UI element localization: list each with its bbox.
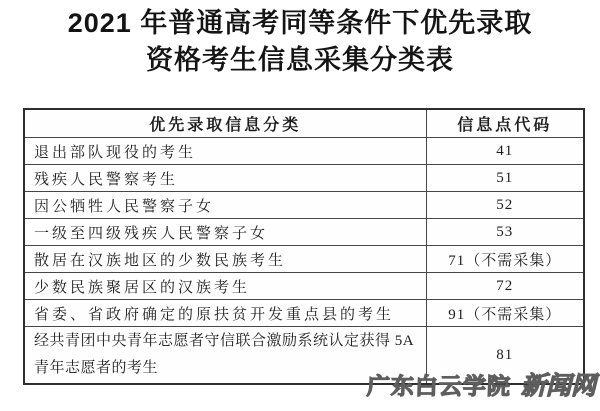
column-header-category: 优先录取信息分类 xyxy=(24,109,426,138)
code-cell: 71（不需采集） xyxy=(426,246,584,273)
code-cell: 41 xyxy=(426,138,584,165)
page-title: 2021 年普通高考同等条件下优先录取 资格考生信息采集分类表 xyxy=(0,5,600,79)
code-cell: 51 xyxy=(426,165,584,192)
category-cell: 省委、省政府确定的原扶贫开发重点县的考生 xyxy=(24,300,426,327)
category-cell: 因公牺牲人民警察子女 xyxy=(24,192,426,219)
table-row: 一级至四级残疾人民警察子女 53 xyxy=(24,219,584,246)
category-cell: 经共青团中央青年志愿者守信联合激励系统认定获得 5A 青年志愿者的考生 xyxy=(24,327,426,385)
code-cell: 72 xyxy=(426,273,584,300)
table-row: 退出部队现役的考生 41 xyxy=(24,138,584,165)
watermark: 广东白云学院 新闻网 xyxy=(367,366,596,402)
category-cell: 残疾人民警察考生 xyxy=(24,165,426,192)
code-cell: 53 xyxy=(426,219,584,246)
priority-admission-table: 优先录取信息分类 信息点代码 退出部队现役的考生 41 残疾人民警察考生 51 … xyxy=(23,108,585,385)
table-row: 因公牺牲人民警察子女 52 xyxy=(24,192,584,219)
category-cell: 少数民族聚居区的汉族考生 xyxy=(24,273,426,300)
column-header-code: 信息点代码 xyxy=(426,109,584,138)
watermark-section-name: 新闻网 xyxy=(521,366,596,402)
table-header-row: 优先录取信息分类 信息点代码 xyxy=(24,109,584,138)
code-cell: 91（不需采集） xyxy=(426,300,584,327)
category-cell: 散居在汉族地区的少数民族考生 xyxy=(24,246,426,273)
title-line-1: 2021 年普通高考同等条件下优先录取 xyxy=(0,5,600,42)
table-row: 残疾人民警察考生 51 xyxy=(24,165,584,192)
watermark-site-name: 广东白云学院 xyxy=(366,368,511,401)
table-row: 散居在汉族地区的少数民族考生 71（不需采集） xyxy=(24,246,584,273)
category-cell: 一级至四级残疾人民警察子女 xyxy=(24,219,426,246)
category-cell: 退出部队现役的考生 xyxy=(24,138,426,165)
code-cell: 52 xyxy=(426,192,584,219)
table-row: 省委、省政府确定的原扶贫开发重点县的考生 91（不需采集） xyxy=(24,300,584,327)
table-row: 少数民族聚居区的汉族考生 72 xyxy=(24,273,584,300)
title-line-2: 资格考生信息采集分类表 xyxy=(0,42,600,79)
